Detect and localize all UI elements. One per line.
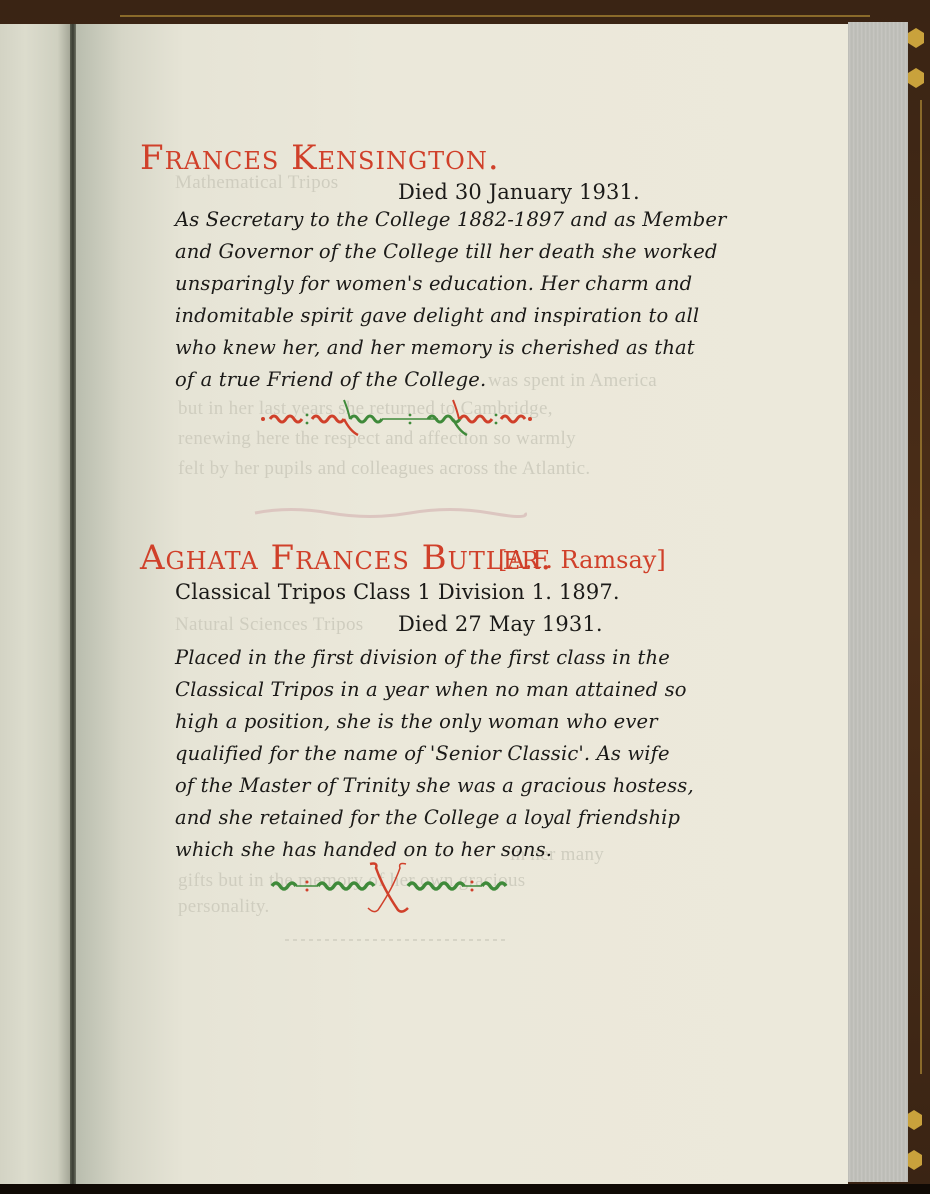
- body-line: indomitable spirit gave delight and insp…: [175, 304, 699, 327]
- body-line: of the Master of Trinity she was a graci…: [175, 774, 694, 797]
- entry-alias: [A.F. Ramsay]: [498, 546, 666, 574]
- page-content: Frances Kensington. Died 30 January 1931…: [0, 0, 930, 1194]
- body-line: high a position, she is the only woman w…: [175, 710, 658, 733]
- tripos-distinction: Classical Tripos Class 1 Division 1. 189…: [175, 580, 620, 604]
- body-line: unsparingly for women's education. Her c…: [175, 272, 692, 295]
- body-line: Placed in the first division of the firs…: [175, 646, 670, 669]
- body-line: Classical Tripos in a year when no man a…: [175, 678, 687, 701]
- body-line: and Governor of the College till her dea…: [175, 240, 718, 263]
- death-date: Died 27 May 1931.: [398, 612, 603, 636]
- death-date: Died 30 January 1931.: [398, 180, 640, 204]
- knotwork-divider-icon: [258, 398, 538, 438]
- body-line: and she retained for the College a loyal…: [175, 806, 680, 829]
- body-line: As Secretary to the College 1882-1897 an…: [175, 208, 727, 231]
- entry-name: Frances Kensington.: [140, 138, 500, 178]
- body-line: who knew her, and her memory is cherishe…: [175, 336, 695, 359]
- entry-name: Aghata Frances Butler.: [140, 538, 552, 578]
- body-line: of a true Friend of the College.: [175, 368, 486, 391]
- body-line: qualified for the name of 'Senior Classi…: [175, 742, 670, 765]
- cable-cross-divider-icon: [268, 858, 508, 918]
